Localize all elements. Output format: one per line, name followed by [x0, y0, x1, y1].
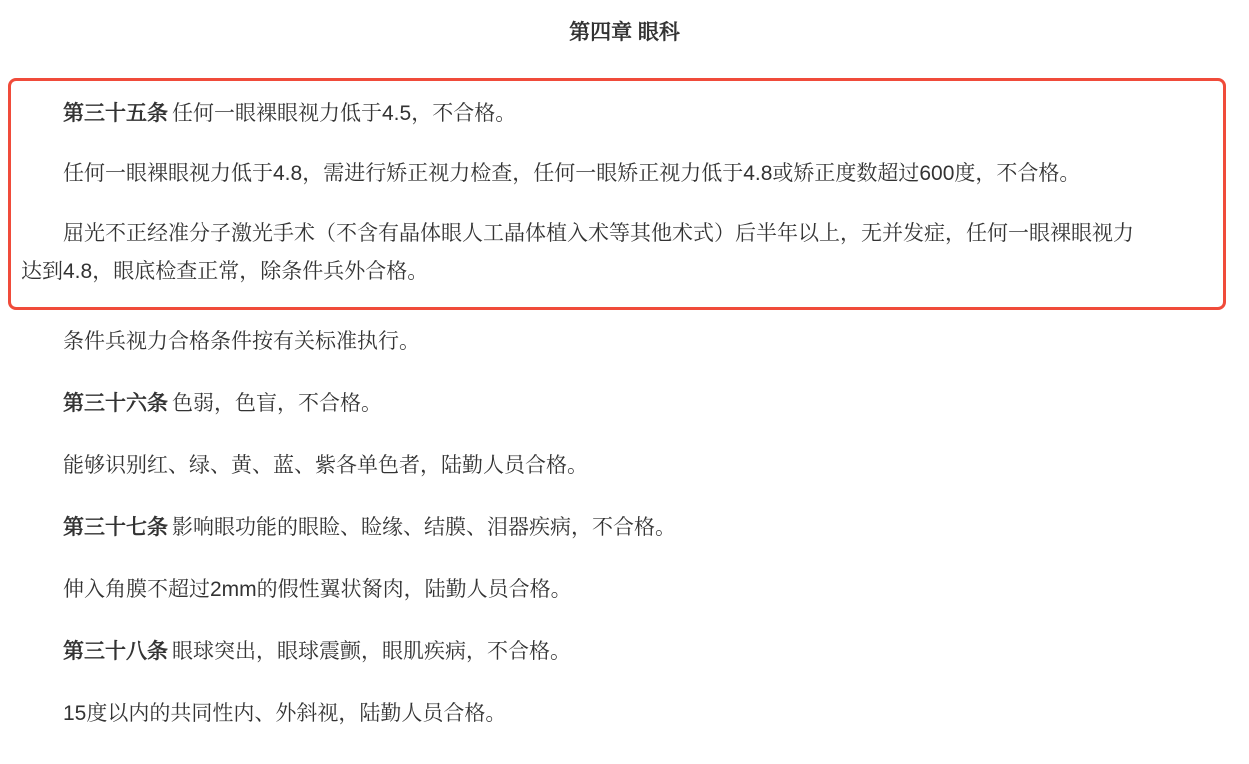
article-38-paragraph: 第三十八条眼球突出，眼球震颤，眼肌疾病，不合格。 — [21, 633, 1228, 671]
article-35-paragraph: 第三十五条任何一眼裸眼视力低于4.5，不合格。 — [21, 95, 1145, 133]
article-36-text: 色弱，色盲，不合格。 — [172, 392, 382, 415]
color-recognition-paragraph: 能够识别红、绿、黄、蓝、紫各单色者，陆勤人员合格。 — [21, 447, 1228, 485]
article-35-number: 第三十五条 — [63, 102, 168, 125]
corrected-vision-paragraph: 任何一眼裸眼视力低于4.8，需进行矫正视力检查，任何一眼矫正视力低于4.8或矫正… — [21, 155, 1145, 193]
chapter-title: 第四章 眼科 — [21, 20, 1228, 46]
article-38-number: 第三十八条 — [63, 640, 168, 663]
pterygium-paragraph: 伸入角膜不超过2mm的假性翼状胬肉，陆勤人员合格。 — [21, 571, 1228, 609]
article-36-number: 第三十六条 — [63, 392, 168, 415]
document-body: 条件兵视力合格条件按有关标准执行。 第三十六条色弱，色盲，不合格。 能够识别红、… — [21, 323, 1228, 733]
article-35-text: 任何一眼裸眼视力低于4.5，不合格。 — [172, 102, 516, 125]
article-37-paragraph: 第三十七条影响眼功能的眼睑、睑缘、结膜、泪器疾病，不合格。 — [21, 509, 1228, 547]
article-36-paragraph: 第三十六条色弱，色盲，不合格。 — [21, 385, 1228, 423]
article-37-text: 影响眼功能的眼睑、睑缘、结膜、泪器疾病，不合格。 — [172, 516, 676, 539]
document-page: 第四章 眼科 第三十五条任何一眼裸眼视力低于4.5，不合格。 任何一眼裸眼视力低… — [0, 0, 1249, 764]
highlight-annotation-box: 第三十五条任何一眼裸眼视力低于4.5，不合格。 任何一眼裸眼视力低于4.8，需进… — [8, 78, 1226, 310]
article-38-text: 眼球突出，眼球震颤，眼肌疾病，不合格。 — [172, 640, 571, 663]
laser-surgery-paragraph: 屈光不正经准分子激光手术（不含有晶体眼人工晶体植入术等其他术式）后半年以上，无并… — [21, 215, 1145, 291]
article-37-number: 第三十七条 — [63, 516, 168, 539]
conditional-standard-paragraph: 条件兵视力合格条件按有关标准执行。 — [21, 323, 1228, 361]
strabismus-paragraph: 15度以内的共同性内、外斜视，陆勤人员合格。 — [21, 695, 1228, 733]
